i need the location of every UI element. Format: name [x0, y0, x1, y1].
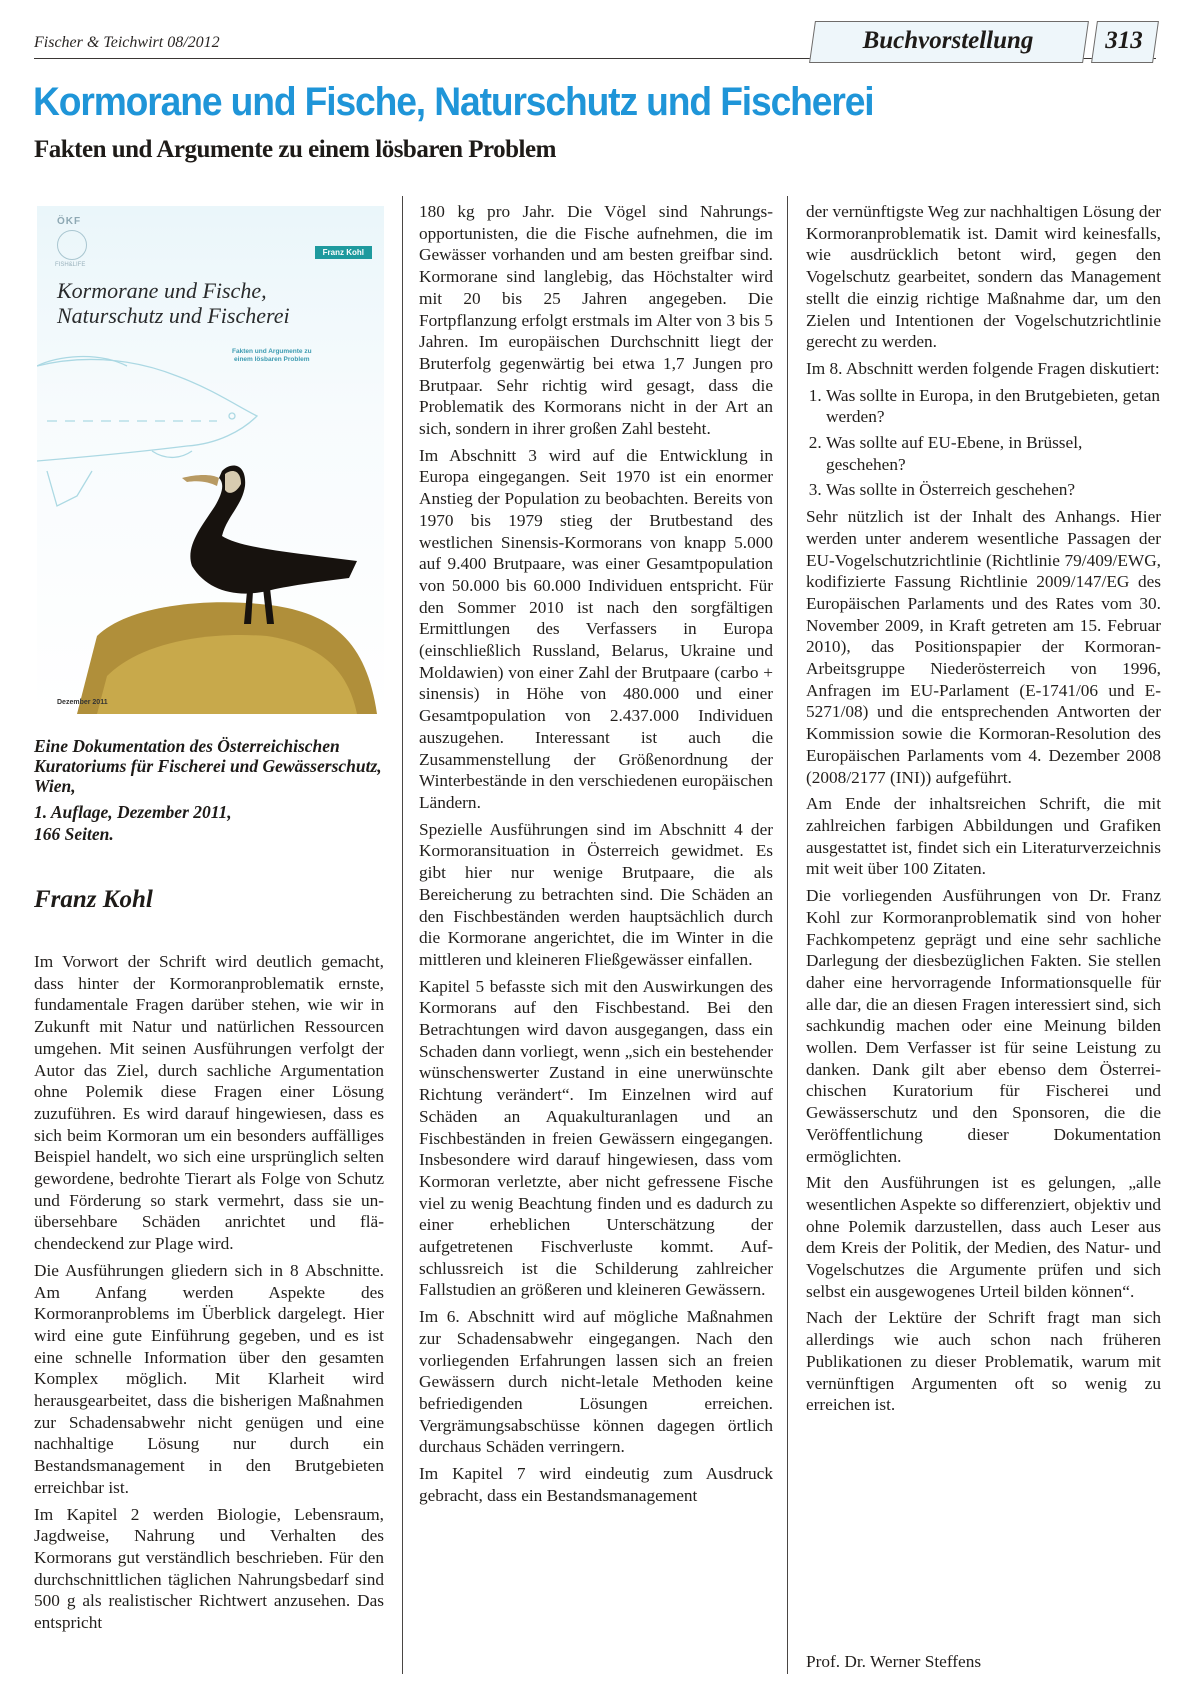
paragraph: Im Abschnitt 3 wird auf die Entwicklung …	[419, 445, 773, 814]
book-pages: 166 Seiten.	[34, 824, 384, 844]
paragraph: Kapitel 5 befasste sich mit den Auswirku…	[419, 976, 773, 1302]
text-column-2: 180 kg pro Jahr. Die Vögel sind Nahrungs…	[419, 201, 773, 1511]
book-cover-image: ÖKF FISH&LIFE Franz Kohl Kormorane und F…	[37, 206, 384, 714]
publication-issue: Fischer & Teichwirt 08/2012	[34, 34, 220, 52]
book-edition: 1. Auflage, Dezember 2011,	[34, 802, 384, 822]
paragraph: Am Ende der inhaltsreichen Schrift, die …	[806, 793, 1161, 880]
questions-list: Was sollte in Europa, in den Brut­gebiet…	[806, 385, 1161, 502]
article-title: Kormorane und Fische, Naturschutz und Fi…	[33, 80, 874, 125]
paragraph: Spezielle Ausführungen sind im Abschnitt…	[419, 819, 773, 971]
list-item: Was sollte in Österreich geschehen?	[826, 479, 1161, 501]
cover-subtitle-line2: einem lösbaren Problem	[232, 356, 312, 364]
cover-date: Dezember 2011	[57, 699, 108, 706]
paragraph: Die vorliegenden Ausführungen von Dr. Fr…	[806, 885, 1161, 1167]
publisher-logo-sub: FISH&LIFE	[55, 262, 85, 268]
cover-title-line1: Kormorane und Fische,	[57, 278, 290, 303]
paragraph: Nach der Lektüre der Schrift fragt man s…	[806, 1307, 1161, 1416]
article-subtitle: Fakten und Argumente zu einem lösbaren P…	[34, 136, 556, 164]
paragraph: Im Vorwort der Schrift wird deutlich ge­…	[34, 951, 384, 1255]
paragraph: Im Kapitel 2 werden Biologie, Lebens­rau…	[34, 1504, 384, 1634]
paragraph: Die Ausführungen gliedern sich in 8 Ab­s…	[34, 1260, 384, 1499]
paragraph: Im 8. Abschnitt werden folgende Fragen d…	[806, 358, 1161, 380]
paragraph: der vernünftigste Weg zur nachhaltigen L…	[806, 201, 1161, 353]
publisher-logo-icon	[57, 230, 87, 260]
book-author: Franz Kohl	[34, 886, 153, 914]
cover-title: Kormorane und Fische, Naturschutz und Fi…	[57, 278, 290, 328]
column-divider	[402, 196, 403, 1674]
reviewer-signature: Prof. Dr. Werner Steffens	[806, 1652, 981, 1672]
page-number: 313	[1094, 21, 1154, 61]
text-column-3: der vernünftigste Weg zur nachhaltigen L…	[806, 201, 1161, 1421]
paragraph: Sehr nützlich ist der Inhalt des Anhangs…	[806, 506, 1161, 788]
text-column-1: Im Vorwort der Schrift wird deutlich ge­…	[34, 951, 384, 1639]
paragraph: Im 6. Abschnitt wird auf mögliche Maß­na…	[419, 1306, 773, 1458]
book-description: Eine Dokumentation des Österreichischen …	[34, 736, 384, 796]
paragraph: Im Kapitel 7 wird eindeutig zum Ausdruck…	[419, 1463, 773, 1506]
column-divider	[787, 196, 788, 1674]
book-details: Eine Dokumentation des Österreichischen …	[34, 736, 384, 850]
list-item: Was sollte in Europa, in den Brut­gebiet…	[826, 385, 1161, 428]
paragraph: Mit den Ausführungen ist es gelungen, „a…	[806, 1172, 1161, 1302]
cover-title-line2: Naturschutz und Fischerei	[57, 303, 290, 328]
publisher-logo-text: ÖKF	[57, 216, 81, 227]
cover-subtitle-line1: Fakten und Argumente zu	[232, 348, 312, 356]
section-label: Buchvorstellung	[812, 21, 1084, 61]
cover-author-tag: Franz Kohl	[315, 246, 372, 259]
list-item: Was sollte auf EU-Ebene, in Brüssel, ges…	[826, 432, 1161, 475]
paragraph: 180 kg pro Jahr. Die Vögel sind Nahrungs…	[419, 201, 773, 440]
cover-subtitle: Fakten und Argumente zu einem lösbaren P…	[232, 348, 312, 364]
